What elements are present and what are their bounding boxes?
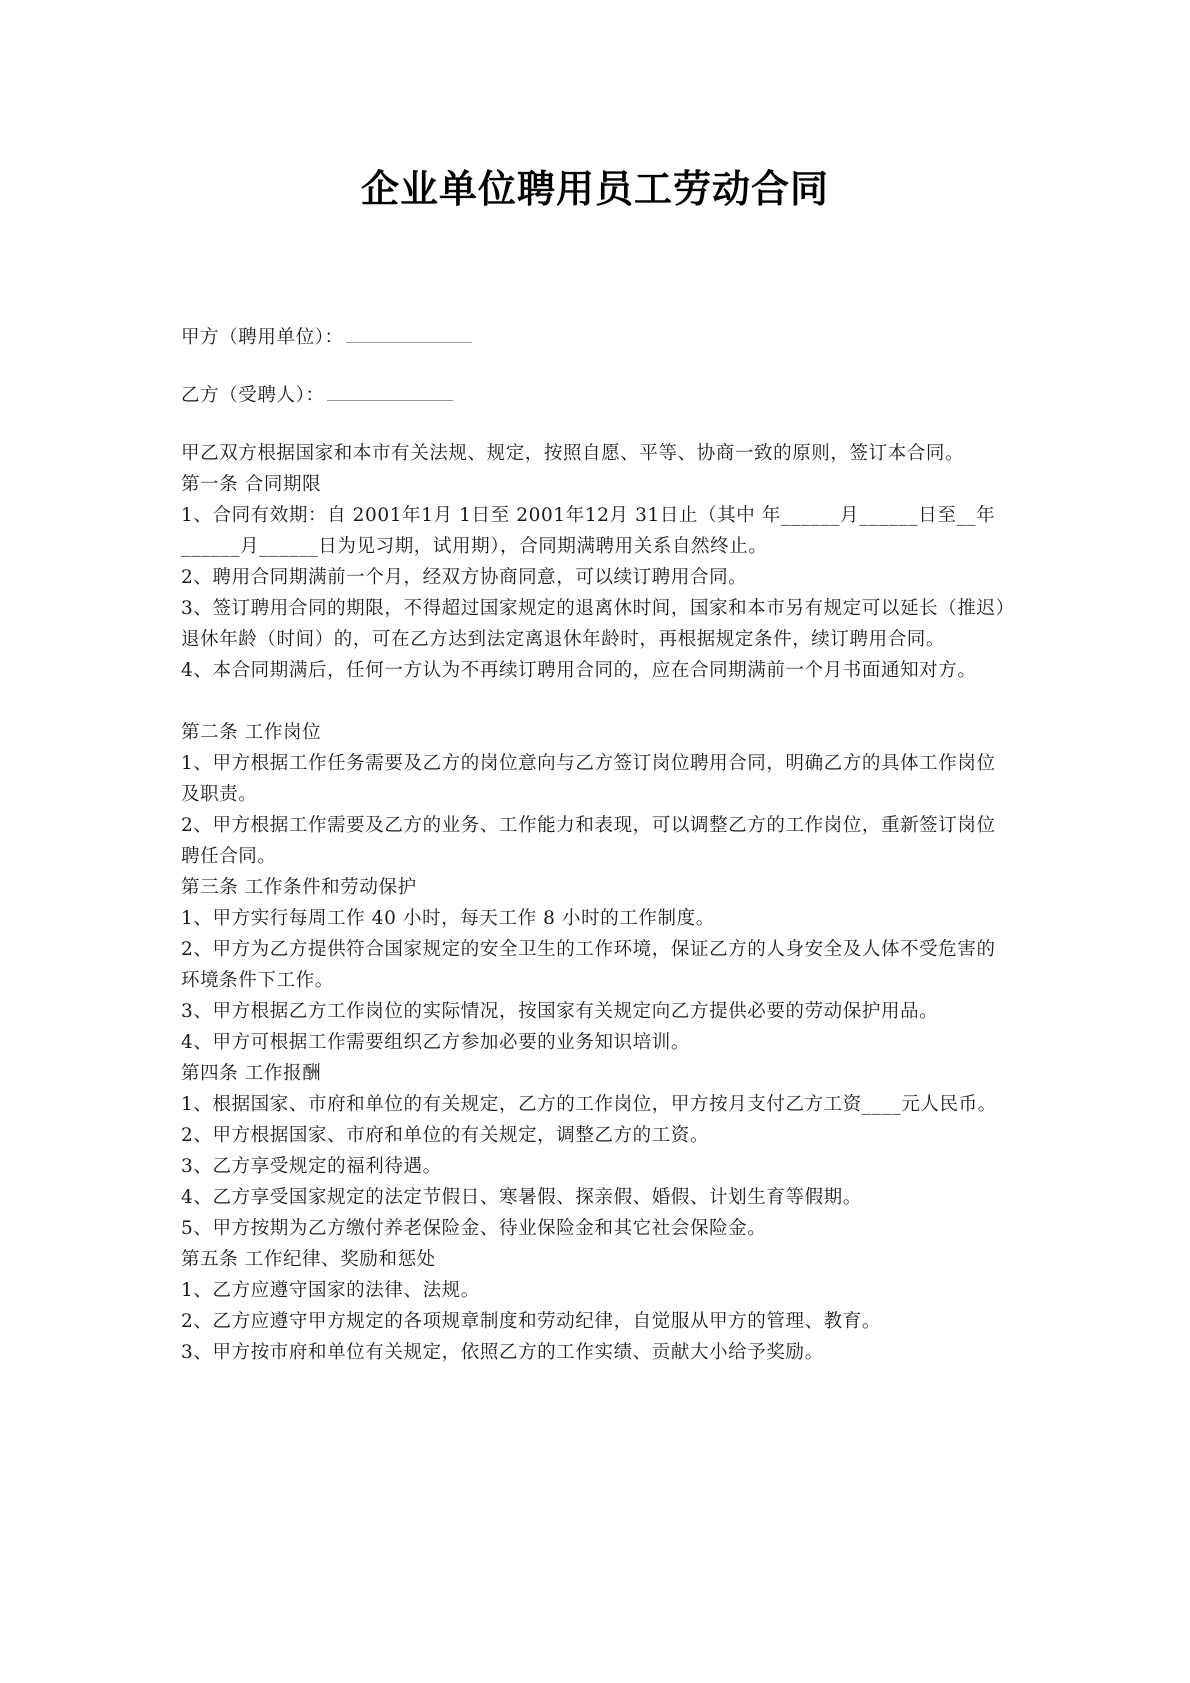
party-a-label: 甲方（聘用单位）： (181, 327, 344, 348)
clause: 5、甲方按期为乙方缴付养老保险金、待业保险金和其它社会保险金。 (181, 1213, 1013, 1244)
clause: 4、乙方享受国家规定的法定节假日、寒暑假、探亲假、婚假、计划生育等假期。 (181, 1182, 1013, 1213)
party-b-line: 乙方（受聘人）： (181, 380, 453, 411)
clause: 2、甲方根据工作需要及乙方的业务、工作能力和表现，可以调整乙方的工作岗位，重新签… (181, 810, 1013, 872)
clause: 4、甲方可根据工作需要组织乙方参加必要的业务知识培训。 (181, 1027, 1013, 1058)
contract-body: 甲乙双方根据国家和本市有关法规、规定，按照自愿、平等、协商一致的原则，签订本合同… (181, 438, 1013, 1368)
article-heading: 第三条 工作条件和劳动保护 (181, 872, 1013, 903)
article-heading: 第一条 合同期限 (181, 469, 1013, 500)
clause: 3、甲方按市府和单位有关规定，依照乙方的工作实绩、贡献大小给予奖励。 (181, 1337, 1013, 1368)
section-gap (181, 686, 1013, 717)
clause: 1、甲方根据工作任务需要及乙方的岗位意向与乙方签订岗位聘用合同，明确乙方的具体工… (181, 748, 1013, 810)
article-heading: 第四条 工作报酬 (181, 1058, 1013, 1089)
clause: 4、本合同期满后，任何一方认为不再续订聘用合同的，应在合同期满前一个月书面通知对… (181, 655, 1013, 686)
article-heading: 第五条 工作纪律、奖励和惩处 (181, 1244, 1013, 1275)
clause: 2、聘用合同期满前一个月，经双方协商同意，可以续订聘用合同。 (181, 562, 1013, 593)
preamble: 甲乙双方根据国家和本市有关法规、规定，按照自愿、平等、协商一致的原则，签订本合同… (181, 438, 1013, 469)
party-b-label: 乙方（受聘人）： (181, 385, 325, 406)
clause: 1、合同有效期：自 2001年1月 1日至 2001年12月 31日止（其中 年… (181, 500, 1013, 562)
clause: 3、签订聘用合同的期限，不得超过国家规定的退离休时间，国家和本市另有规定可以延长… (181, 593, 1013, 655)
clause: 3、甲方根据乙方工作岗位的实际情况，按国家有关规定向乙方提供必要的劳动保护用品。 (181, 996, 1013, 1027)
party-a-blank-field[interactable] (346, 324, 472, 343)
document-page: 企业单位聘用员工劳动合同 甲方（聘用单位）： 乙方（受聘人）： 甲乙双方根据国家… (0, 0, 1190, 1683)
clause: 3、乙方享受规定的福利待遇。 (181, 1151, 1013, 1182)
clause: 1、根据国家、市府和单位的有关规定，乙方的工作岗位，甲方按月支付乙方工资____… (181, 1089, 1013, 1120)
article-heading: 第二条 工作岗位 (181, 717, 1013, 748)
clause: 2、乙方应遵守甲方规定的各项规章制度和劳动纪律，自觉服从甲方的管理、教育。 (181, 1306, 1013, 1337)
clause: 2、甲方为乙方提供符合国家规定的安全卫生的工作环境，保证乙方的人身安全及人体不受… (181, 934, 1013, 996)
party-a-line: 甲方（聘用单位）： (181, 322, 472, 353)
clause: 2、甲方根据国家、市府和单位的有关规定，调整乙方的工资。 (181, 1120, 1013, 1151)
clause: 1、甲方实行每周工作 40 小时，每天工作 8 小时的工作制度。 (181, 903, 1013, 934)
clause: 1、乙方应遵守国家的法律、法规。 (181, 1275, 1013, 1306)
document-title: 企业单位聘用员工劳动合同 (0, 158, 1190, 213)
party-b-blank-field[interactable] (327, 382, 453, 401)
